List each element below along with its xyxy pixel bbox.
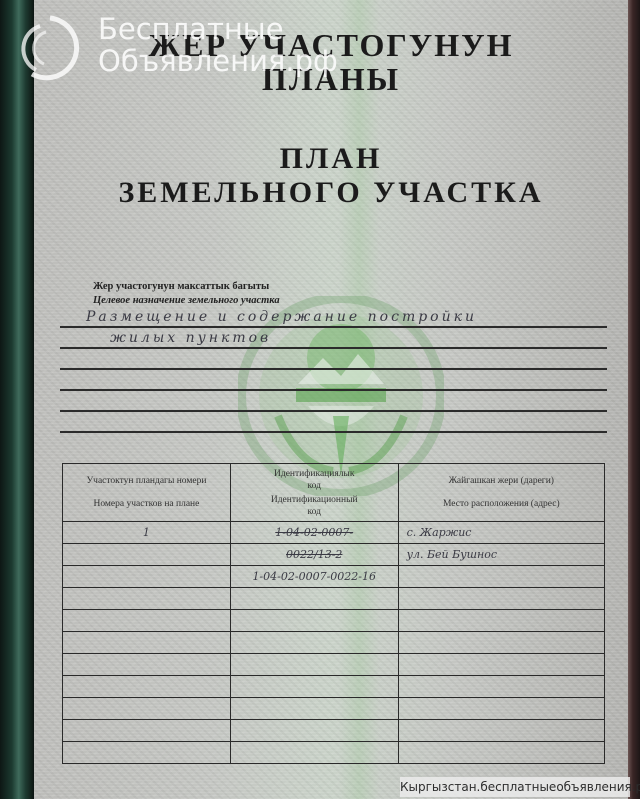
identification-code-cell [230,676,398,698]
header-russian: Номера участков на плане [63,496,230,513]
watermark-line2: Объявления.рф [98,46,338,76]
identification-code-value: 1-04-02-0007-0022-16 [252,570,376,583]
identification-code-cell [230,654,398,676]
plot-number-cell [63,588,231,610]
title-russian-line1: ПЛАН [34,140,628,178]
header-location-address: Жайгашкан жери (дареги) Место расположен… [398,464,604,522]
plot-number-cell [63,676,231,698]
purpose-handwritten-line2: жилых пунктов [110,330,271,346]
address-cell: ул. Бей Бушнос [398,544,604,566]
plot-number-cell [63,544,231,566]
purpose-line [60,368,607,370]
header-kyrgyz: Идентификациялык код [231,468,398,492]
table-row [63,676,605,698]
watermark-logo-icon [10,12,82,82]
header-kyrgyz: Жайгашкан жери (дареги) [399,473,604,490]
site-footer-link[interactable]: Кыргызстан.бесплатныеобъявления.рф [400,777,630,797]
header-kyrgyz: Участоктун пландагы номери [63,473,230,490]
table-header-row: Участоктун пландагы номери Номера участк… [63,464,605,522]
page-edge [628,0,640,799]
plot-number-cell [63,698,231,720]
identification-code-cell: 1-04-02-0007-0022-16 [230,566,398,588]
table-row: 0022/13-2ул. Бей Бушнос [63,544,605,566]
table-row: 11-04-02-0007-с. Жаржис [63,522,605,544]
table-row [63,632,605,654]
purpose-label-russian: Целевое назначение земельного участка [93,295,280,306]
address-cell [398,588,604,610]
address-cell [398,742,604,764]
header-plot-number: Участоктун пландагы номери Номера участк… [63,464,231,522]
header-russian: Идентификационный код [231,494,398,518]
plot-number-cell [63,632,231,654]
table-row [63,742,605,764]
table-row [63,698,605,720]
book-binding [0,0,34,799]
table-row [63,654,605,676]
plot-number-cell [63,742,231,764]
table-row [63,610,605,632]
plot-number-cell [63,654,231,676]
address-cell [398,566,604,588]
watermark-line1: Бесплатные [98,14,284,44]
address-cell [398,720,604,742]
identification-code-cell [230,632,398,654]
plot-number-cell: 1 [63,522,231,544]
table-row [63,720,605,742]
identification-code-cell [230,742,398,764]
purpose-line [60,389,607,391]
purpose-handwritten-line1: Размещение и содержание постройки [86,309,477,325]
identification-code-cell [230,698,398,720]
address-cell [398,632,604,654]
address-cell: с. Жаржис [398,522,604,544]
address-cell [398,610,604,632]
identification-code-cell: 0022/13-2 [230,544,398,566]
address-cell [398,676,604,698]
address-cell [398,654,604,676]
identification-code-cell [230,720,398,742]
plot-number-cell [63,610,231,632]
title-russian-line2: ЗЕМЕЛЬНОГО УЧАСТКА [34,174,628,212]
identification-code-value: 0022/13-2 [286,548,342,561]
table-row: 1-04-02-0007-0022-16 [63,566,605,588]
identification-code-value: 1-04-02-0007- [275,526,353,539]
plot-number-cell [63,566,231,588]
purpose-line [60,431,607,433]
purpose-label-kyrgyz: Жер участогунун максаттык багыты [93,281,269,292]
purpose-line [60,410,607,412]
identification-code-cell: 1-04-02-0007- [230,522,398,544]
header-russian: Место расположения (адрес) [399,496,604,513]
table-row [63,588,605,610]
identification-code-cell [230,610,398,632]
purpose-line [60,326,607,328]
plot-number-cell [63,720,231,742]
address-cell [398,698,604,720]
header-identification-code: Идентификациялык код Идентификационный к… [230,464,398,522]
purpose-line [60,347,607,349]
plots-table: Участоктун пландагы номери Номера участк… [62,463,605,764]
identification-code-cell [230,588,398,610]
